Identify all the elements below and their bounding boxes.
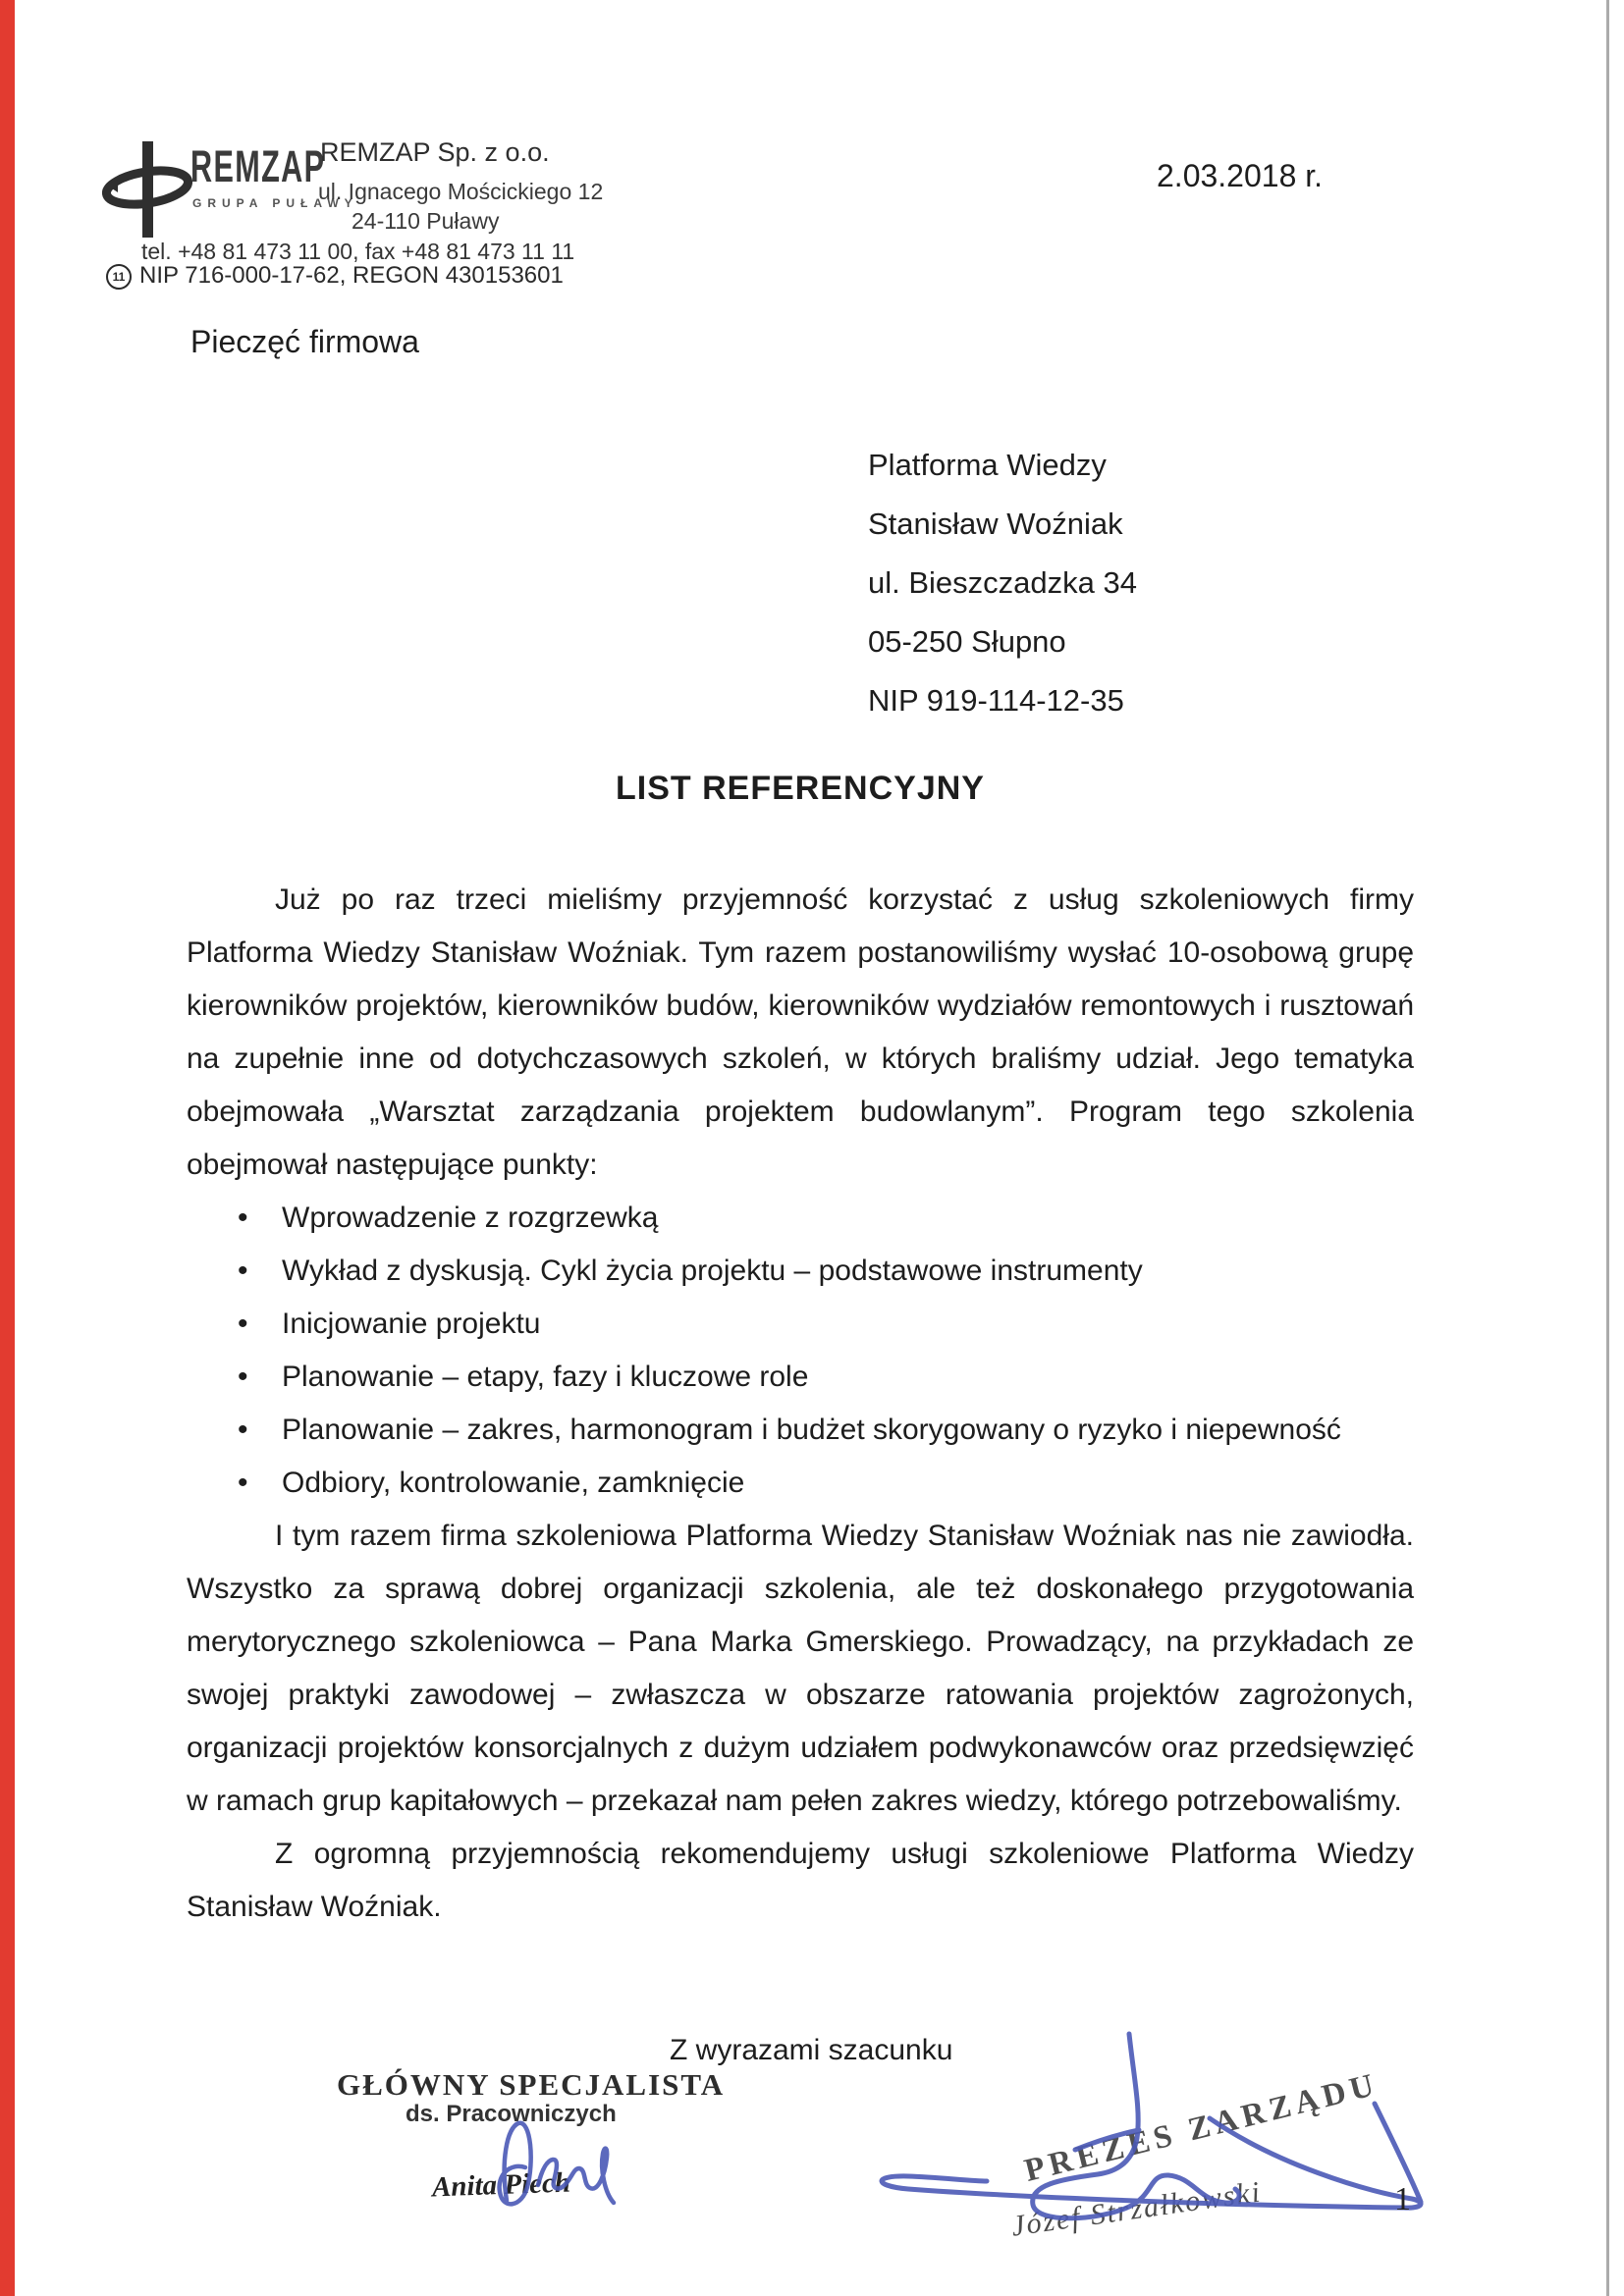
scan-artifact-line	[1606, 0, 1609, 2296]
stamp-ids-text: NIP 716-000-17-62, REGON 430153601	[139, 262, 564, 289]
stamp-caption: Pieczęć firmowa	[190, 324, 419, 360]
stamp-tax-ids: 11NIP 716-000-17-62, REGON 430153601	[106, 262, 564, 290]
company-stamp: REMZAP GRUPA PUŁAWY REMZAP Sp. z o.o. ul…	[98, 108, 530, 294]
stamp-street: ul. Ignacego Mościckiego 12	[318, 179, 603, 205]
stamp-phone: tel. +48 81 473 11 00, fax +48 81 473 11…	[141, 239, 574, 265]
recipient-line: Stanisław Woźniak	[868, 495, 1137, 554]
stamp-badge-icon: 11	[106, 264, 132, 290]
remzap-logo-icon	[98, 133, 196, 251]
letter-body: Już po raz trzeci mieliśmy przyjemność k…	[187, 874, 1414, 1934]
left-signer-subtitle: ds. Pracowniczych	[406, 2101, 617, 2128]
letter-title: LIST REFERENCYJNY	[187, 770, 1414, 808]
list-item: Planowanie – zakres, harmonogram i budże…	[187, 1404, 1414, 1457]
program-list: Wprowadzenie z rozgrzewką Wykład z dysku…	[187, 1192, 1414, 1510]
recipient-line: 05-250 Słupno	[868, 613, 1137, 671]
page-number: 1	[1394, 2181, 1411, 2218]
list-item: Wykład z dyskusją. Cykl życia projektu –…	[187, 1245, 1414, 1298]
right-signer-name: Józef Strzałkowski	[1009, 2175, 1264, 2243]
paragraph-2: I tym razem firma szkoleniowa Platforma …	[187, 1510, 1414, 1828]
list-item: Odbiory, kontrolowanie, zamknięcie	[187, 1457, 1414, 1510]
paragraph-3: Z ogromną przyjemnością rekomendujemy us…	[187, 1828, 1414, 1934]
left-signer-name: Anita Piech	[431, 2167, 570, 2205]
left-signer-title: GŁÓWNY SPECJALISTA	[337, 2067, 690, 2103]
right-signer-title: PREZES ZARZĄDU	[1021, 2067, 1382, 2190]
list-item: Planowanie – etapy, fazy i kluczowe role	[187, 1351, 1414, 1404]
scan-edge-red	[0, 0, 15, 2296]
stamp-company-name: REMZAP Sp. z o.o.	[320, 137, 550, 168]
recipient-line: Platforma Wiedzy	[868, 436, 1137, 495]
recipient-line: ul. Bieszczadzka 34	[868, 554, 1137, 613]
salutation: Z wyrazami szacunku	[670, 2034, 952, 2067]
letter-date: 2.03.2018 r.	[1157, 158, 1323, 194]
stamp-wordmark: REMZAP	[190, 141, 325, 192]
list-item: Wprowadzenie z rozgrzewką	[187, 1192, 1414, 1245]
recipient-line: NIP 919-114-12-35	[868, 671, 1137, 730]
letter-page: REMZAP GRUPA PUŁAWY REMZAP Sp. z o.o. ul…	[0, 0, 1624, 2296]
stamp-city: 24-110 Puławy	[352, 208, 499, 235]
paragraph-1: Już po raz trzeci mieliśmy przyjemność k…	[187, 874, 1414, 1192]
list-item: Inicjowanie projektu	[187, 1298, 1414, 1351]
recipient-block: Platforma Wiedzy Stanisław Woźniak ul. B…	[868, 436, 1137, 730]
